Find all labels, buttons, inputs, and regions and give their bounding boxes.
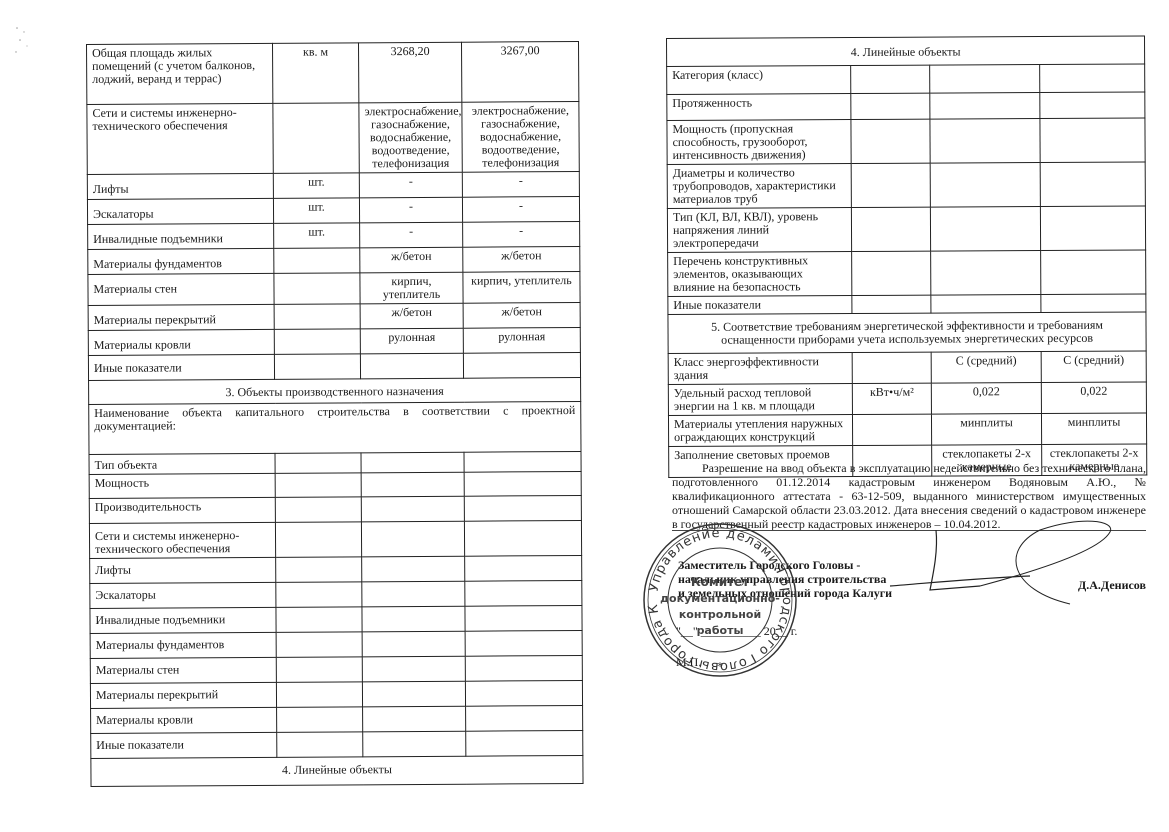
row-actual: - bbox=[462, 171, 579, 197]
stamp-star: * bbox=[717, 660, 723, 673]
table-row: Материалы фундаментов bbox=[90, 630, 582, 658]
row-actual: 3267,00 bbox=[461, 41, 578, 102]
table-row: Перечень конструктивных элементов, оказы… bbox=[668, 250, 1146, 297]
table-row: Материалы стен кирпич, утеплитель кирпич… bbox=[88, 271, 580, 305]
section4-title: 4. Линейные объекты bbox=[667, 36, 1145, 67]
row-actual: - bbox=[462, 196, 579, 222]
row-planned: 0,022 bbox=[931, 383, 1041, 415]
row-planned: 3268,20 bbox=[358, 42, 461, 103]
official-stamp-icon: Управление делами Городского Головы горо… bbox=[640, 520, 800, 680]
date-line: "__" __________ 20__ г. bbox=[676, 624, 797, 639]
row-label: Материалы перекрытий bbox=[90, 682, 276, 708]
row-planned: - bbox=[359, 172, 462, 198]
row-unit: шт. bbox=[273, 173, 359, 199]
section3-title: 3. Объекты производственного назначения bbox=[89, 377, 581, 404]
row-unit bbox=[274, 329, 360, 355]
row-actual: кирпич, утеплитель bbox=[463, 271, 580, 303]
table-row: Материалы утепления наружных ограждающих… bbox=[668, 413, 1146, 447]
divider bbox=[672, 530, 1146, 531]
section-header-row: 5. Соответствие требованиям энергетическ… bbox=[668, 312, 1146, 354]
residential-table: Общая площадь жилых помещений (с учетом … bbox=[86, 41, 584, 787]
handwritten-signature-icon bbox=[880, 520, 1160, 610]
stamp-inner-line3: контрольной bbox=[679, 608, 761, 621]
table-row: Лифты шт. - - bbox=[87, 171, 579, 199]
row-unit bbox=[274, 273, 360, 305]
permit-note-text: Разрешение на ввод объекта в эксплуатаци… bbox=[672, 461, 1146, 531]
table-row: Сети и системы инженерно-технического об… bbox=[89, 520, 581, 558]
row-planned bbox=[360, 353, 463, 379]
row-label: Материалы стен bbox=[88, 273, 274, 305]
table-row: Диаметры и количество трубопроводов, хар… bbox=[667, 162, 1145, 209]
row-label: Удельный расход тепловой энергии на 1 кв… bbox=[668, 384, 852, 416]
section5-title: 5. Соответствие требованиям энергетическ… bbox=[668, 312, 1146, 354]
table-row: Материалы перекрытий ж/бетон ж/бетон bbox=[88, 302, 580, 330]
row-label: Иные показатели bbox=[668, 296, 852, 315]
section-header-row: 3. Объекты производственного назначения bbox=[89, 377, 581, 404]
row-actual: рулонная bbox=[463, 327, 580, 353]
row-label: Тип (КЛ, ВЛ, КВЛ), уровень напряжения ли… bbox=[667, 208, 851, 253]
table-row: Инвалидные подъемники шт. - - bbox=[88, 221, 580, 249]
scan-noise-icon bbox=[12, 22, 42, 62]
table-row: Лифты bbox=[90, 555, 582, 583]
table-row: Тип (КЛ, ВЛ, КВЛ), уровень напряжения ли… bbox=[667, 206, 1145, 253]
row-unit: кВт•ч/м² bbox=[852, 383, 931, 414]
row-label: Материалы перекрытий bbox=[88, 304, 274, 330]
row-unit bbox=[274, 304, 360, 330]
table-row: Мощность (пропускная способность, грузоо… bbox=[667, 118, 1145, 165]
row-label: Сети и системы инженерно-технического об… bbox=[87, 103, 273, 174]
signer-title-line2: начальник управления строительства bbox=[678, 572, 892, 586]
row-label: Иные показатели bbox=[91, 732, 277, 758]
row-planned: ж/бетон bbox=[360, 303, 463, 329]
row-label: Мощность bbox=[89, 473, 275, 498]
row-actual: ж/бетон bbox=[463, 246, 580, 272]
section-header-row: 4. Линейные объекты bbox=[667, 36, 1145, 67]
linear-objects-table: 4. Линейные объекты Категория (класс) Пр… bbox=[666, 35, 1147, 478]
table-row: Материалы кровли bbox=[91, 705, 583, 733]
row-planned: - bbox=[359, 197, 462, 223]
row-label: Тип объекта bbox=[89, 453, 275, 474]
row-label: Материалы фундаментов bbox=[88, 248, 274, 274]
table-row: Общая площадь жилых помещений (с учетом … bbox=[87, 41, 579, 104]
row-actual: минплиты bbox=[1041, 413, 1146, 445]
table-row: Материалы перекрытий bbox=[90, 680, 582, 708]
row-actual: электроснабжение, газоснабжение, водосна… bbox=[462, 101, 579, 172]
table-row: Протяженность bbox=[667, 92, 1145, 121]
row-label: Сети и системы инженерно-технического об… bbox=[89, 522, 275, 558]
row-actual: - bbox=[463, 221, 580, 247]
table-row: Удельный расход тепловой энергии на 1 кв… bbox=[668, 382, 1146, 416]
row-unit bbox=[273, 103, 359, 174]
permit-note: Разрешение на ввод объекта в эксплуатаци… bbox=[672, 461, 1146, 531]
row-label: Перечень конструктивных элементов, оказы… bbox=[668, 252, 852, 297]
row-label: Класс энергоэффективности здания bbox=[668, 353, 852, 385]
row-label: Материалы кровли bbox=[88, 329, 274, 355]
table-row: Иные показатели bbox=[91, 730, 583, 758]
row-planned: С (средний) bbox=[931, 352, 1041, 384]
row-planned: кирпич, утеплитель bbox=[360, 272, 463, 304]
left-page: Общая площадь жилых помещений (с учетом … bbox=[86, 41, 583, 787]
row-label: Материалы стен bbox=[90, 657, 276, 683]
row-actual: ж/бетон bbox=[463, 302, 580, 328]
row-label: Диаметры и количество трубопроводов, хар… bbox=[667, 164, 851, 209]
table-row: Материалы фундаментов ж/бетон ж/бетон bbox=[88, 246, 580, 274]
row-planned: электроснабжение, газоснабжение, водосна… bbox=[359, 102, 462, 173]
row-unit: шт. bbox=[274, 223, 360, 249]
row-label: Эскалаторы bbox=[87, 198, 273, 224]
table-row: Класс энергоэффективности здания С (сред… bbox=[668, 351, 1146, 385]
stamp-place-label: М.П. bbox=[676, 655, 701, 670]
row-label: Инвалидные подъемники bbox=[88, 223, 274, 249]
row-label: Иные показатели bbox=[88, 354, 274, 380]
row-label: Эскалаторы bbox=[90, 582, 276, 608]
row-label: Материалы кровли bbox=[91, 707, 277, 733]
row-label: Общая площадь жилых помещений (с учетом … bbox=[87, 43, 273, 104]
row-planned: рулонная bbox=[360, 328, 463, 354]
right-page: 4. Линейные объекты Категория (класс) Пр… bbox=[666, 35, 1146, 477]
table-row: Инвалидные подъемники bbox=[90, 605, 582, 633]
row-label: Протяженность bbox=[667, 94, 851, 121]
table-row: Иные показатели bbox=[88, 352, 580, 380]
row-planned: - bbox=[360, 222, 463, 248]
table-row: Производительность bbox=[89, 495, 581, 523]
row-label: Лифты bbox=[90, 557, 276, 583]
signer-title-line3: и земельных отношений города Калуги bbox=[678, 586, 892, 600]
object-name-label: Наименование объекта капитального строит… bbox=[89, 401, 581, 454]
row-unit bbox=[274, 248, 360, 274]
table-row: Мощность bbox=[89, 471, 581, 498]
signer-name: Д.А.Денисов bbox=[1078, 578, 1146, 593]
row-unit: кв. м bbox=[272, 43, 358, 104]
row-planned: ж/бетон bbox=[360, 247, 463, 273]
table-row: Материалы стен bbox=[90, 655, 582, 683]
row-actual: С (средний) bbox=[1041, 351, 1146, 383]
row-label: Материалы утепления наружных ограждающих… bbox=[668, 415, 852, 447]
table-row: Категория (класс) bbox=[667, 64, 1145, 95]
table-row: Сети и системы инженерно-технического об… bbox=[87, 101, 579, 174]
row-label: Инвалидные подъемники bbox=[90, 607, 276, 633]
row-unit bbox=[852, 414, 931, 445]
row-label: Материалы фундаментов bbox=[90, 632, 276, 658]
table-row: Эскалаторы bbox=[90, 580, 582, 608]
table-row: Материалы кровли рулонная рулонная bbox=[88, 327, 580, 355]
row-unit bbox=[274, 354, 360, 380]
table-row: Эскалаторы шт. - - bbox=[87, 196, 579, 224]
object-name-row: Наименование объекта капитального строит… bbox=[89, 401, 581, 454]
row-actual: 0,022 bbox=[1041, 382, 1146, 414]
row-label: Мощность (пропускная способность, грузоо… bbox=[667, 120, 851, 165]
row-label: Лифты bbox=[87, 173, 273, 199]
row-label: Производительность bbox=[89, 497, 275, 523]
signer-title-line1: Заместитель Городского Головы - bbox=[678, 558, 892, 572]
row-actual bbox=[463, 352, 580, 378]
section4-footer-title: 4. Линейные объекты bbox=[91, 755, 583, 786]
row-unit: шт. bbox=[273, 198, 359, 224]
row-unit bbox=[852, 352, 931, 383]
section-header-row: 4. Линейные объекты bbox=[91, 755, 583, 786]
row-label: Категория (класс) bbox=[667, 66, 851, 95]
signer-block: Заместитель Городского Головы - начальни… bbox=[678, 558, 892, 600]
row-planned: минплиты bbox=[931, 414, 1041, 446]
